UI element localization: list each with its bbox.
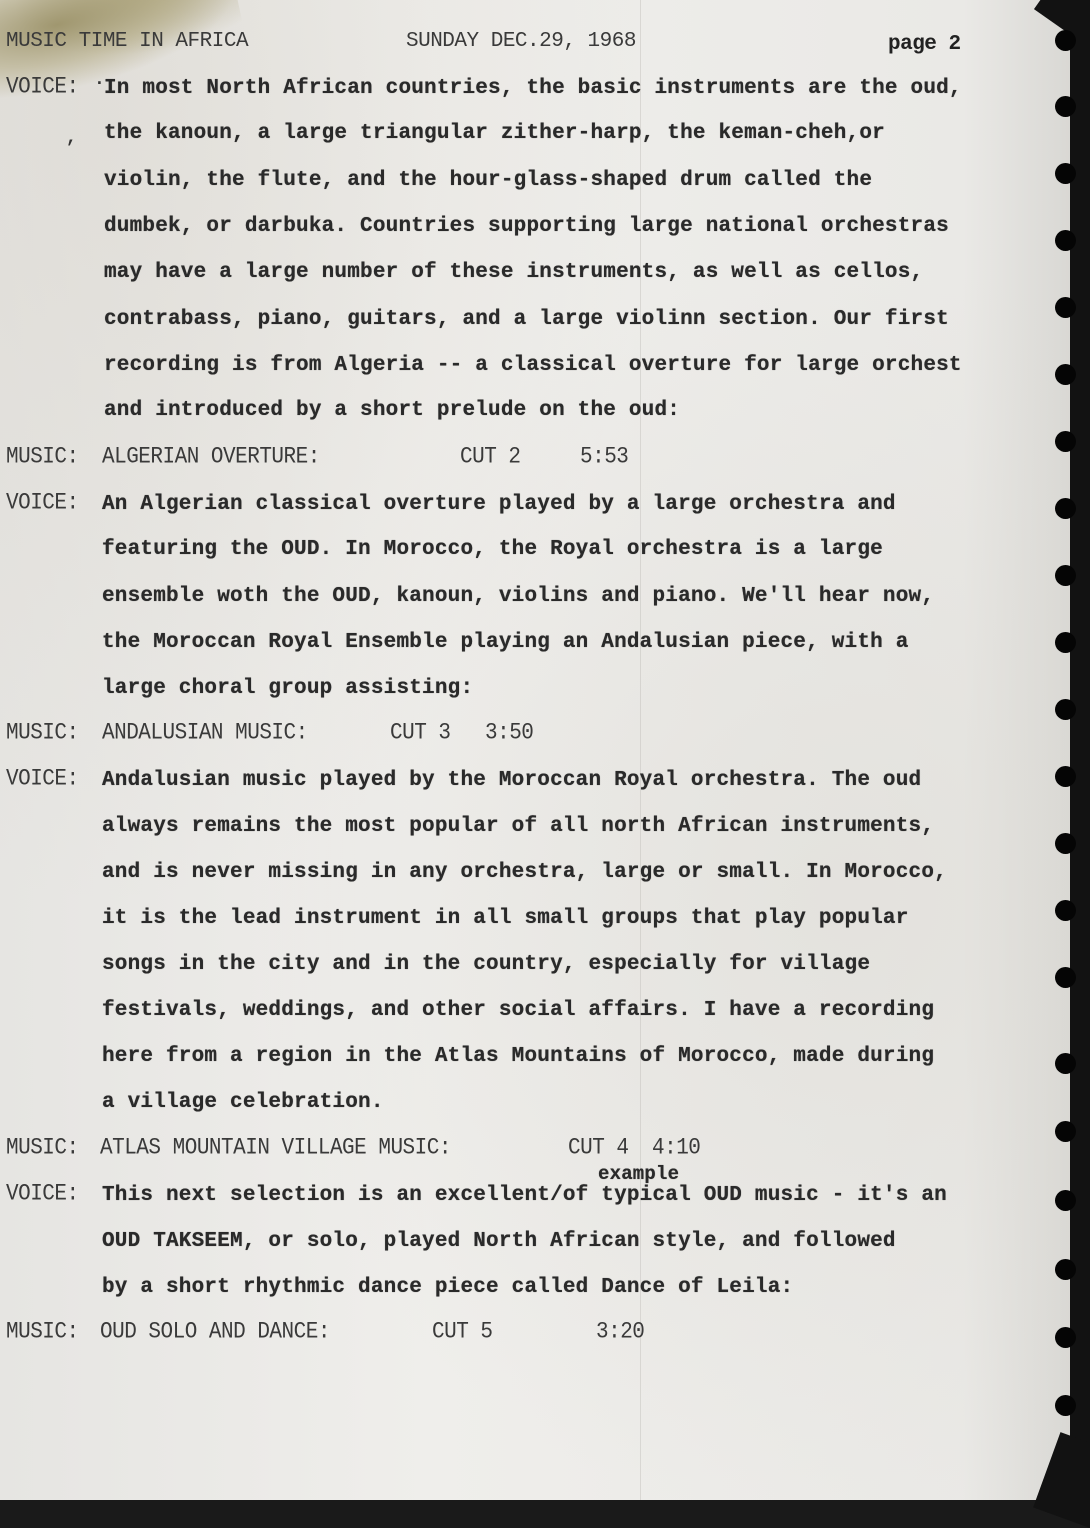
script-line: may have a large number of these instrum… bbox=[104, 261, 923, 284]
speaker-label-voice: VOICE: bbox=[6, 491, 79, 516]
script-line: contrabass, piano, guitars, and a large … bbox=[104, 308, 949, 331]
script-line: it is the lead instrument in all small g… bbox=[102, 907, 909, 930]
script-line: violin, the flute, and the hour-glass-sh… bbox=[104, 169, 872, 192]
punch-hole-icon bbox=[1055, 498, 1076, 519]
speaker-label-voice: VOICE: bbox=[6, 75, 79, 100]
punch-hole-icon bbox=[1055, 1395, 1076, 1416]
music-cue-cut: CUT 3 bbox=[390, 721, 451, 746]
music-cue-title: OUD SOLO AND DANCE: bbox=[100, 1320, 330, 1345]
music-cue-duration: 4:10 bbox=[652, 1136, 700, 1161]
music-cue-cut: CUT 4 bbox=[568, 1136, 629, 1161]
punch-hole-icon bbox=[1055, 699, 1076, 720]
music-cue-duration: 3:50 bbox=[485, 721, 533, 746]
punch-hole-icon bbox=[1055, 833, 1076, 854]
script-line: featuring the OUD. In Morocco, the Royal… bbox=[102, 538, 883, 561]
script-line: Andalusian music played by the Moroccan … bbox=[102, 769, 921, 792]
music-cue-duration: 5:53 bbox=[580, 445, 628, 470]
script-line: and is never missing in any orchestra, l… bbox=[102, 861, 947, 884]
page-number: page 2 bbox=[888, 33, 961, 56]
speaker-label-music: MUSIC: bbox=[6, 445, 79, 470]
music-cue-title: ANDALUSIAN MUSIC: bbox=[102, 721, 308, 746]
margin-mark: , bbox=[66, 128, 77, 148]
speaker-label-music: MUSIC: bbox=[6, 1136, 79, 1161]
punch-hole-icon bbox=[1055, 967, 1076, 988]
punch-hole-icon bbox=[1055, 1053, 1076, 1074]
music-cue-cut: CUT 5 bbox=[432, 1320, 493, 1345]
script-line: festivals, weddings, and other social af… bbox=[102, 999, 934, 1022]
music-cue-duration: 3:20 bbox=[596, 1320, 644, 1345]
punch-hole-icon bbox=[1055, 163, 1076, 184]
punch-hole-icon bbox=[1055, 230, 1076, 251]
script-line: here from a region in the Atlas Mountain… bbox=[102, 1045, 934, 1068]
music-cue-title: ATLAS MOUNTAIN VILLAGE MUSIC: bbox=[100, 1136, 451, 1161]
script-line: OUD TAKSEEM, or solo, played North Afric… bbox=[102, 1230, 896, 1253]
punch-hole-icon bbox=[1055, 632, 1076, 653]
script-line: This next selection is an excellent/of t… bbox=[102, 1184, 947, 1207]
punch-hole-icon bbox=[1055, 30, 1076, 51]
speaker-label-music: MUSIC: bbox=[6, 1320, 79, 1345]
speaker-label-voice: VOICE: bbox=[6, 1182, 79, 1207]
punch-hole-icon bbox=[1055, 1190, 1076, 1211]
punch-hole-icon bbox=[1055, 96, 1076, 117]
script-line: ensemble woth the OUD, kanoun, violins a… bbox=[102, 585, 934, 608]
handwritten-insertion: example bbox=[598, 1163, 679, 1185]
punch-hole-icon bbox=[1055, 900, 1076, 921]
punch-hole-icon bbox=[1055, 297, 1076, 318]
punch-hole-icon bbox=[1055, 1121, 1076, 1142]
script-line: songs in the city and in the country, es… bbox=[102, 953, 870, 976]
script-line: In most North African countries, the bas… bbox=[104, 77, 962, 100]
broadcast-date: SUNDAY DEC.29, 1968 bbox=[406, 30, 636, 53]
music-cue-cut: CUT 2 bbox=[460, 445, 521, 470]
script-line: the Moroccan Royal Ensemble playing an A… bbox=[102, 631, 909, 654]
punch-hole-icon bbox=[1055, 364, 1076, 385]
punch-hole-icon bbox=[1055, 1259, 1076, 1280]
typewritten-script-page: MUSIC TIME IN AFRICA SUNDAY DEC.29, 1968… bbox=[0, 0, 1070, 1500]
script-line: An Algerian classical overture played by… bbox=[102, 493, 896, 516]
script-line: large choral group assisting: bbox=[102, 677, 473, 700]
script-line: always remains the most popular of all n… bbox=[102, 815, 934, 838]
script-line: dumbek, or darbuka. Countries supporting… bbox=[104, 215, 949, 238]
music-cue-title: ALGERIAN OVERTURE: bbox=[102, 445, 320, 470]
punch-hole-icon bbox=[1055, 1327, 1076, 1348]
script-line: by a short rhythmic dance piece called D… bbox=[102, 1276, 793, 1299]
punch-hole-icon bbox=[1055, 565, 1076, 586]
punch-hole-icon bbox=[1055, 431, 1076, 452]
program-title: MUSIC TIME IN AFRICA bbox=[6, 30, 248, 53]
speaker-label-voice: VOICE: bbox=[6, 767, 79, 792]
script-line: a village celebration. bbox=[102, 1091, 384, 1114]
punch-hole-icon bbox=[1055, 766, 1076, 787]
script-line: recording is from Algeria -- a classical… bbox=[104, 354, 962, 377]
speaker-label-music: MUSIC: bbox=[6, 721, 79, 746]
script-line: and introduced by a short prelude on the… bbox=[104, 399, 680, 422]
script-line: the kanoun, a large triangular zither-ha… bbox=[104, 122, 885, 145]
